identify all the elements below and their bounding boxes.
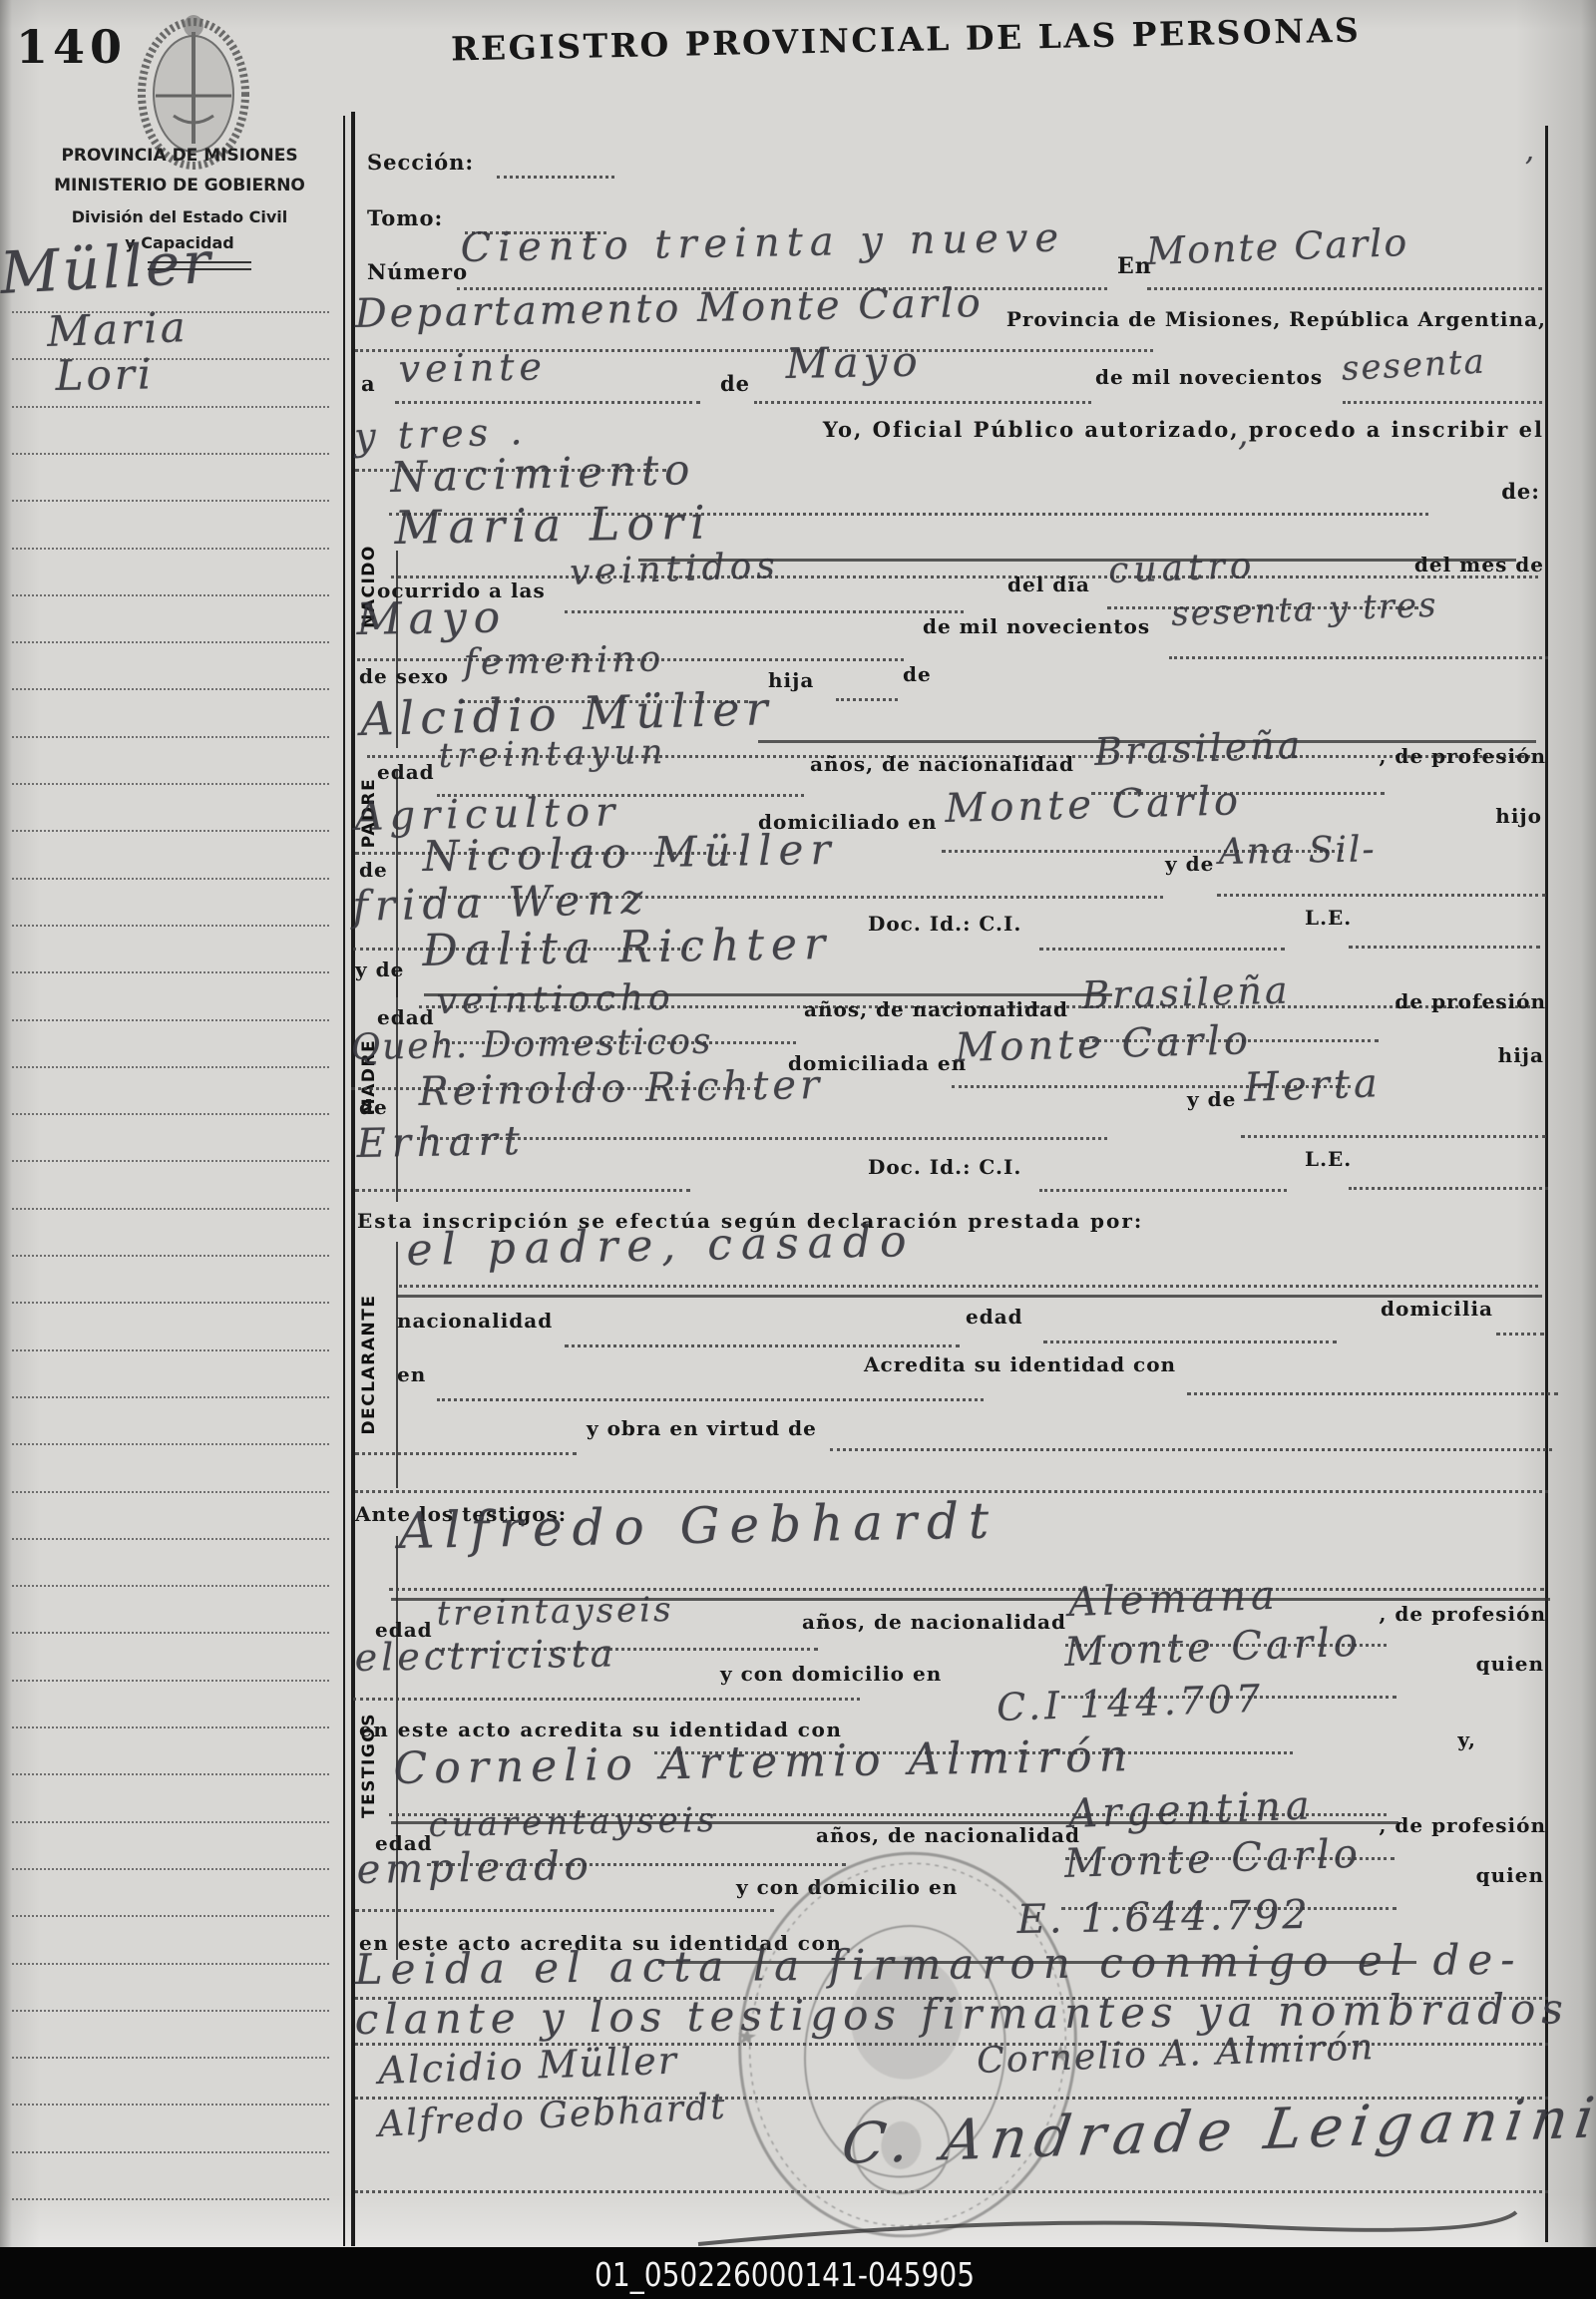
abuela-materna-cont: Erhart bbox=[356, 1118, 526, 1167]
margin-dotted-rule bbox=[12, 2151, 329, 2153]
firma-declarante: Alcidio Müller bbox=[377, 2039, 678, 2093]
scan-footer-code: 01_050226000141-045905 bbox=[595, 2255, 975, 2294]
sidebar-office-line3: División del Estado Civil bbox=[30, 207, 329, 226]
form-left-border-outer bbox=[343, 116, 345, 2246]
dotted-rule bbox=[1496, 1333, 1544, 1336]
dia-acta-value: veinte bbox=[398, 344, 547, 391]
margin-dotted-rule bbox=[12, 1302, 329, 1304]
margin-dotted-rule bbox=[12, 1773, 329, 1775]
padre-domicilio-value: Monte Carlo bbox=[945, 778, 1243, 832]
testigo1-domicilio-label: y con domicilio en bbox=[720, 1662, 942, 1686]
testigo1-profesion-value: electricista bbox=[354, 1631, 617, 1680]
margin-dotted-rule bbox=[12, 358, 329, 360]
dotted-rule bbox=[565, 1344, 960, 1347]
margin-dotted-rule bbox=[12, 1868, 329, 1870]
margin-dotted-rule bbox=[12, 688, 329, 690]
margin-dotted-rule bbox=[12, 594, 329, 596]
sidebar-office-line1: PROVINCIA DE MISIONES bbox=[30, 146, 329, 166]
margin-dotted-rule bbox=[12, 971, 329, 973]
padre-doc-label: Doc. Id.: C.I. bbox=[868, 912, 1021, 936]
firma-testigo1: Alfredo Gebhardt bbox=[377, 2087, 728, 2145]
margin-dotted-rule bbox=[12, 2010, 329, 2012]
inscripto-name: Maria Lori bbox=[394, 495, 712, 555]
dotted-rule bbox=[1349, 946, 1540, 949]
dotted-rule bbox=[1169, 656, 1548, 659]
dotted-rule bbox=[1349, 1187, 1548, 1190]
padre-anos-label: años, de nacionalidad bbox=[810, 752, 1074, 776]
margin-dotted-rule bbox=[12, 406, 329, 408]
hijo-label: hijo bbox=[1495, 804, 1542, 828]
dotted-rule bbox=[1187, 1392, 1558, 1395]
ink-line bbox=[397, 1295, 1542, 1298]
margin-dotted-rule bbox=[12, 1491, 329, 1493]
de-colon-label: de: bbox=[1501, 479, 1540, 504]
numero-value: Ciento treinta y nueve bbox=[460, 214, 1065, 271]
declarante-value: el padre, casado bbox=[406, 1216, 916, 1276]
dotted-rule bbox=[353, 1698, 860, 1701]
a-label: a bbox=[361, 371, 376, 396]
dotted-rule bbox=[830, 1448, 1552, 1451]
madre-edad-value: veintiocho bbox=[436, 977, 675, 1022]
abuela-paterna: Ana Sil- bbox=[1218, 829, 1377, 873]
dotted-rule bbox=[1039, 1189, 1287, 1192]
margin-dotted-rule bbox=[12, 736, 329, 738]
madre-y-de2-label: y de bbox=[1187, 1087, 1236, 1111]
margin-dotted-rule bbox=[12, 1443, 329, 1445]
margin-dotted-rule bbox=[12, 1396, 329, 1398]
dia-nacido-value: cuatro bbox=[1108, 546, 1258, 591]
dotted-rule bbox=[395, 401, 700, 404]
svg-text:★: ★ bbox=[1047, 2039, 1071, 2069]
margin-dotted-rule bbox=[12, 1349, 329, 1351]
margin-dotted-rule bbox=[12, 2057, 329, 2059]
testigo1-profesion-label: , de profesión bbox=[1379, 1602, 1546, 1626]
margin-dotted-rule bbox=[12, 1680, 329, 1682]
hija-derecha-label: hija bbox=[1498, 1043, 1544, 1067]
document-title: REGISTRO PROVINCIAL DE LAS PERSONAS bbox=[451, 10, 1362, 68]
margin-dotted-rule bbox=[12, 783, 329, 785]
madre-profesion-label: de profesión bbox=[1395, 989, 1546, 1013]
margin-dotted-rule bbox=[12, 500, 329, 502]
testigo1-nacionalidad-value: Alemana bbox=[1067, 1573, 1280, 1626]
page-number: 140 bbox=[16, 20, 127, 74]
sexo-value: femenino bbox=[463, 638, 664, 683]
testigo1-domicilio-value: Monte Carlo bbox=[1063, 1620, 1362, 1676]
margin-dotted-rule bbox=[12, 878, 329, 880]
abuela-materna: Herta bbox=[1243, 1060, 1382, 1111]
tomo-label: Tomo: bbox=[367, 205, 443, 230]
margin-dotted-rule bbox=[12, 1160, 329, 1162]
acredita-label: Acredita su identidad con bbox=[864, 1352, 1176, 1376]
margin-dotted-rule bbox=[12, 1538, 329, 1540]
margin-dotted-rule bbox=[12, 1632, 329, 1634]
madre-doc-label: Doc. Id.: C.I. bbox=[868, 1155, 1021, 1179]
declarante-edad-label: edad bbox=[966, 1305, 1023, 1329]
dotted-rule bbox=[355, 1452, 577, 1455]
testigo2-profesion-value: empleado bbox=[356, 1843, 594, 1893]
margin-surname: Müller bbox=[0, 228, 215, 307]
lugar-value: Monte Carlo bbox=[1145, 220, 1408, 273]
madre-le-label: L.E. bbox=[1305, 1147, 1352, 1171]
testigo2-edad-value: cuarentayseis bbox=[428, 1800, 718, 1845]
testigo1-edad-value: treintayseis bbox=[436, 1590, 674, 1634]
margin-given-name-2: Lori bbox=[55, 349, 155, 400]
madre-y-de-label: y de bbox=[355, 958, 404, 981]
scanned-birth-certificate: 140 REGISTRO PROVINCIAL DE LAS PERSONAS … bbox=[0, 0, 1596, 2299]
hora-value: veintidos bbox=[570, 546, 781, 593]
madre-de-label: de bbox=[359, 1095, 388, 1119]
madre-profesion-value: Queh. Domesticos bbox=[350, 1021, 712, 1068]
dotted-rule bbox=[437, 1398, 984, 1401]
dotted-rule bbox=[399, 1285, 1538, 1288]
dotted-rule bbox=[1343, 401, 1542, 404]
madre-nombre: Dalita Richter bbox=[422, 919, 832, 976]
padre-edad-label: edad bbox=[377, 760, 435, 784]
obra-label: y obra en virtud de bbox=[587, 1416, 817, 1440]
margin-dotted-rule bbox=[12, 641, 329, 643]
margin-dotted-rule bbox=[12, 830, 329, 832]
de-mil-nacido-label: de mil novecientos bbox=[923, 614, 1150, 638]
de-mil-label: de mil novecientos bbox=[1095, 365, 1323, 389]
dotted-rule bbox=[754, 401, 1091, 404]
de-nacido-label: de bbox=[903, 662, 932, 686]
testigo2-profesion-label: , de profesión bbox=[1379, 1813, 1546, 1837]
sidebar-office-line2: MINISTERIO DE GOBIERNO bbox=[30, 176, 329, 195]
margin-dotted-rule bbox=[12, 548, 329, 550]
abuelo-paterno: Nicolao Müller bbox=[422, 825, 838, 881]
margin-dotted-rule bbox=[12, 1208, 329, 1210]
anio-acta-value: sesenta bbox=[1341, 341, 1487, 389]
margin-dotted-rule bbox=[12, 1585, 329, 1587]
numero-label: Número bbox=[367, 259, 468, 284]
margin-dotted-rule bbox=[12, 1915, 329, 1917]
testigo2-quien-label: quien bbox=[1476, 1863, 1544, 1887]
dotted-rule bbox=[1147, 287, 1542, 290]
dotted-rule bbox=[1217, 894, 1546, 897]
de-label: de bbox=[720, 371, 750, 396]
seccion-label: Sección: bbox=[367, 150, 474, 175]
margin-dotted-rule bbox=[12, 453, 329, 455]
del-dia-label: del día bbox=[1007, 573, 1090, 596]
anio-nacido-value: sesenta y tres bbox=[1171, 585, 1439, 634]
hija-label: hija bbox=[768, 668, 814, 692]
abuelo-materno: Reinoldo Richter bbox=[418, 1062, 823, 1115]
dotted-rule bbox=[1039, 948, 1285, 951]
testigo1-doc-value: C.I 144.707 bbox=[996, 1677, 1264, 1729]
scan-footer-bar: 01_050226000141-045905 bbox=[0, 2247, 1596, 2299]
margin-dotted-rule bbox=[12, 1726, 329, 1728]
margin-dotted-rule bbox=[12, 1066, 329, 1068]
mes-nacido-value: Mayo bbox=[356, 591, 508, 645]
ink-comma-mark: ’ bbox=[1237, 435, 1248, 475]
form-right-border bbox=[1545, 126, 1548, 2242]
dotted-rule bbox=[1241, 1135, 1546, 1138]
madre-nacionalidad-value: Brasileña bbox=[1081, 968, 1291, 1017]
dotted-rule bbox=[391, 575, 1538, 578]
madre-domicilio-value: Monte Carlo bbox=[955, 1017, 1253, 1071]
margin-dotted-rule bbox=[12, 311, 329, 313]
domicilia-label: domicilia bbox=[1381, 1297, 1493, 1321]
testigo2-nacionalidad-value: Argentina bbox=[1067, 1782, 1315, 1837]
dotted-rule bbox=[1043, 1341, 1337, 1343]
testigo1-quien-label: quien bbox=[1476, 1652, 1544, 1676]
padre-le-label: L.E. bbox=[1305, 906, 1352, 930]
y-label: y, bbox=[1457, 1727, 1476, 1751]
margin-dotted-rule bbox=[12, 1821, 329, 1823]
padre-y-de-label: y de bbox=[1165, 852, 1214, 876]
dotted-rule bbox=[355, 1189, 690, 1192]
dotted-rule bbox=[389, 1588, 1544, 1591]
svg-text:★: ★ bbox=[735, 2022, 759, 2052]
padre-de-label: de bbox=[359, 858, 388, 882]
margin-dotted-rule bbox=[12, 1019, 329, 1021]
sexo-label: de sexo bbox=[359, 664, 449, 688]
dotted-rule bbox=[836, 698, 898, 701]
ink-apostrophe-mark: ’ bbox=[1524, 152, 1534, 187]
padre-profesion-label: , de profesión bbox=[1379, 744, 1546, 768]
declarante-nacionalidad-label: nacionalidad bbox=[397, 1309, 553, 1333]
dotted-rule bbox=[565, 610, 964, 613]
oficial-line: Yo, Oficial Público autorizado, procedo … bbox=[823, 417, 1544, 442]
margin-dotted-rule bbox=[12, 2198, 329, 2200]
margin-dotted-rule bbox=[12, 1255, 329, 1257]
margin-dotted-rule bbox=[12, 925, 329, 927]
margin-dotted-rule bbox=[12, 1963, 329, 1965]
del-mes-label: del mes de bbox=[1414, 553, 1544, 576]
margin-dotted-rule bbox=[12, 2104, 329, 2106]
testigo1-anos-label: años, de nacionalidad bbox=[802, 1610, 1066, 1634]
section-label-declarante: DECLARANTE bbox=[359, 1295, 379, 1435]
padre-nacionalidad-value: Brasileña bbox=[1093, 723, 1304, 774]
departamento-value: Departamento Monte Carlo bbox=[354, 280, 984, 337]
testigo1-nombre: Alfredo Gebhardt bbox=[398, 1492, 999, 1560]
dotted-rule bbox=[497, 176, 614, 179]
provincia-line: Provincia de Misiones, República Argenti… bbox=[1006, 307, 1546, 331]
padre-edad-value: treintayun bbox=[438, 732, 667, 776]
margin-dotted-rule bbox=[12, 1113, 329, 1115]
declarante-en-label: en bbox=[397, 1362, 426, 1386]
madre-anos-label: años, de nacionalidad bbox=[804, 997, 1068, 1021]
mes-acta-value: Mayo bbox=[785, 337, 923, 388]
tipo-acta-value: Nacimiento bbox=[390, 445, 696, 502]
